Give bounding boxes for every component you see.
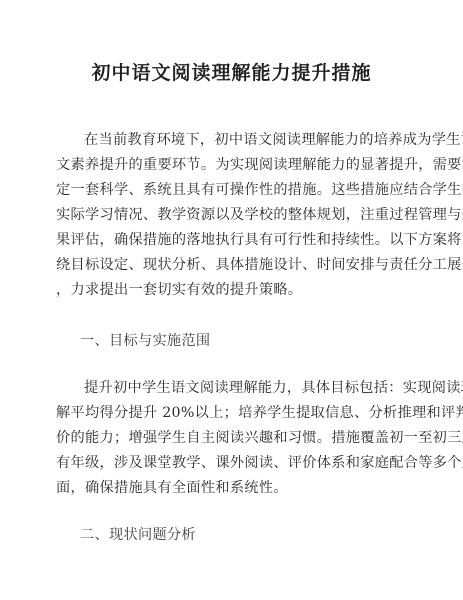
paragraph-line: 提升初中学生语文阅读理解能力，具体目标包括：实现阅读理 <box>56 376 408 401</box>
paragraph-line: 解平均得分提升 20%以上；培养学生提取信息、分析推理和评判评 <box>56 401 408 426</box>
paragraph-line: 果评估，确保措施的落地执行具有可行性和持续性。以下方案将围 <box>56 228 408 253</box>
paragraph-line: 绕目标设定、现状分析、具体措施设计、时间安排与责任分工展开 <box>56 253 408 278</box>
paragraph-line: 在当前教育环境下，初中语文阅读理解能力的培养成为学生语 <box>56 128 408 153</box>
paragraph-line: 面，确保措施具有全面性和系统性。 <box>56 476 408 501</box>
paragraph-line: 价的能力；增强学生自主阅读兴趣和习惯。措施覆盖初一至初三所 <box>56 426 408 451</box>
paragraph-line: 定一套科学、系统且具有可操作性的措施。这些措施应结合学生的 <box>56 178 408 203</box>
goals-paragraph: 提升初中学生语文阅读理解能力，具体目标包括：实现阅读理 解平均得分提升 20%以… <box>56 376 408 501</box>
section-heading-2: 二、现状问题分析 <box>80 524 196 544</box>
section-heading-1: 一、目标与实施范围 <box>80 330 210 350</box>
document-title: 初中语文阅读理解能力提升措施 <box>0 58 463 85</box>
intro-paragraph: 在当前教育环境下，初中语文阅读理解能力的培养成为学生语 文素养提升的重要环节。为… <box>56 128 408 303</box>
paragraph-line: 文素养提升的重要环节。为实现阅读理解能力的显著提升，需要制 <box>56 153 408 178</box>
paragraph-line: ，力求提出一套切实有效的提升策略。 <box>56 278 408 303</box>
paragraph-line: 有年级，涉及课堂教学、课外阅读、评价体系和家庭配合等多个层 <box>56 451 408 476</box>
paragraph-line: 实际学习情况、教学资源以及学校的整体规划，注重过程管理与效 <box>56 203 408 228</box>
